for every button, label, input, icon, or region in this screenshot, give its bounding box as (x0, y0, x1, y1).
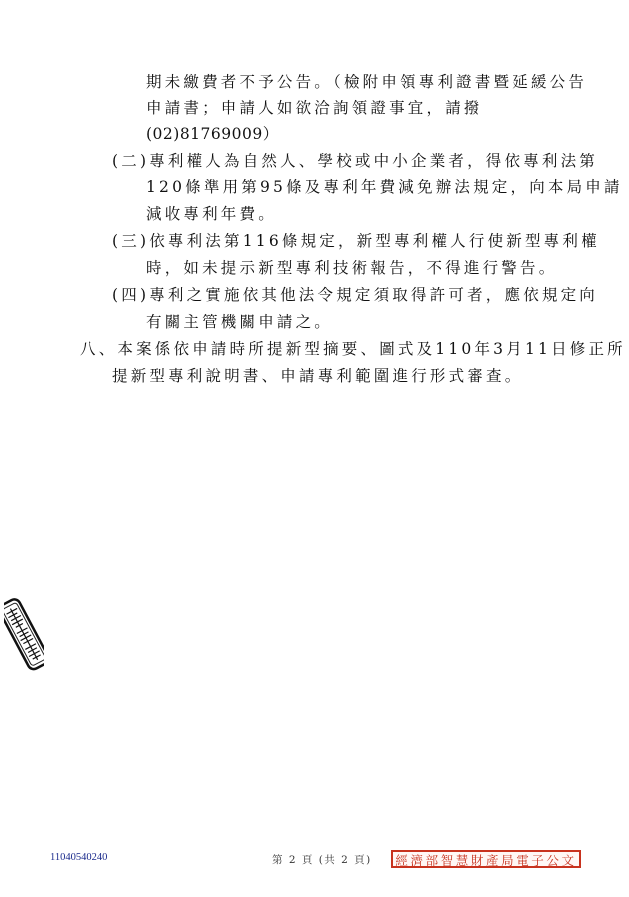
text-line-continuation: 有關主管機關申請之。 (146, 312, 333, 332)
page-indicator: 第 2 頁 (共 2 頁) (272, 852, 372, 867)
text-line-continuation: 時，如未提示新型專利技術報告，不得進行警告。 (146, 258, 557, 278)
phone-number-line: (02)81769009） (146, 124, 279, 144)
text-line-continuation: 期未繳費者不予公告。（檢附申領專利證書暨延緩公告 (146, 72, 587, 92)
clause-item-2: (二)專利權人為自然人、學校或中小企業者，得依專利法第 (112, 151, 598, 171)
electronic-document-stamp: 經濟部智慧財產局電子公文 (391, 850, 581, 868)
official-seal-icon (4, 590, 44, 675)
text-line-continuation: 提新型專利說明書、申請專利範圍進行形式審查。 (112, 366, 523, 386)
text-line-continuation: 申請書；申請人如欲洽詢領證事宜，請撥 (146, 98, 483, 118)
clause-item-4: (四)專利之實施依其他法令規定須取得許可者，應依規定向 (112, 285, 598, 305)
text-line-continuation: 120條準用第95條及專利年費減免辦法規定，向本局申請 (146, 177, 623, 197)
text-line-continuation: 減收專利年費。 (146, 204, 277, 224)
section-8-heading: 八、本案係依申請時所提新型摘要、圖式及110年3月11日修正所 (80, 339, 626, 359)
document-number: 11040540240 (50, 852, 107, 863)
clause-item-3: (三)依專利法第116條規定，新型專利權人行使新型專利權 (112, 231, 600, 251)
